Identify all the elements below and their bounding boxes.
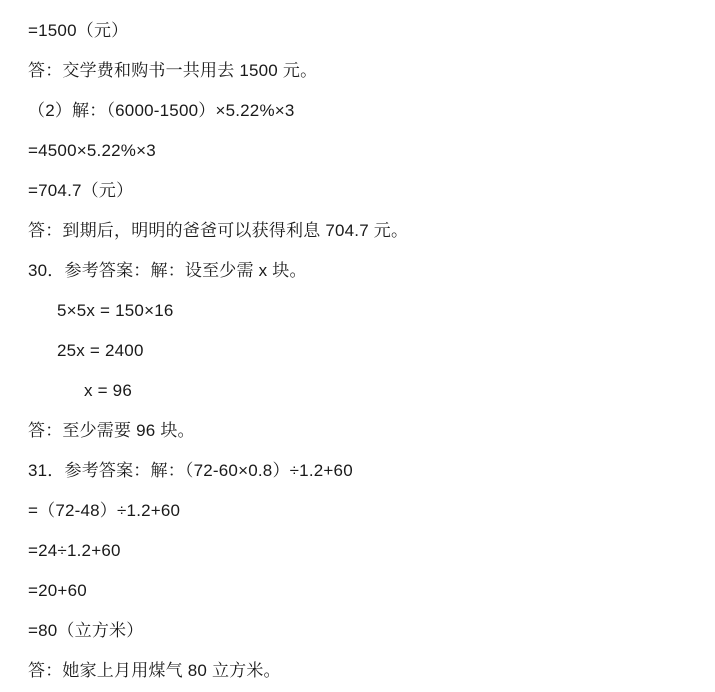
answer-line: 答：她家上月用煤气 80 立方米。: [28, 651, 705, 691]
sub-question-2-solution-line: （2）解：（6000-1500）×5.22%×3: [28, 91, 705, 131]
answer-line: 答：到期后，明明的爸爸可以获得利息 704.7 元。: [28, 211, 705, 251]
solution-result-line: =704.7（元）: [28, 171, 705, 211]
solution-result-line: =80（立方米）: [28, 611, 705, 651]
calculation-step-line: =（72-48）÷1.2+60: [28, 491, 705, 531]
equation-line: x = 96: [28, 371, 705, 411]
answer-line: 答：至少需要 96 块。: [28, 411, 705, 451]
calculation-step-line: =4500×5.22%×3: [28, 131, 705, 171]
solution-result-line: =1500（元）: [28, 11, 705, 51]
calculation-step-line: =24÷1.2+60: [28, 531, 705, 571]
equation-line: 5×5x = 150×16: [28, 291, 705, 331]
question-30-solution-line: 30．参考答案：解：设至少需 x 块。: [28, 251, 705, 291]
question-31-solution-line: 31．参考答案：解：（72-60×0.8）÷1.2+60: [28, 451, 705, 491]
answer-line: 答：交学费和购书一共用去 1500 元。: [28, 51, 705, 91]
document-page: =1500（元） 答：交学费和购书一共用去 1500 元。 （2）解：（6000…: [0, 0, 715, 692]
equation-line: 25x = 2400: [28, 331, 705, 371]
calculation-step-line: =20+60: [28, 571, 705, 611]
